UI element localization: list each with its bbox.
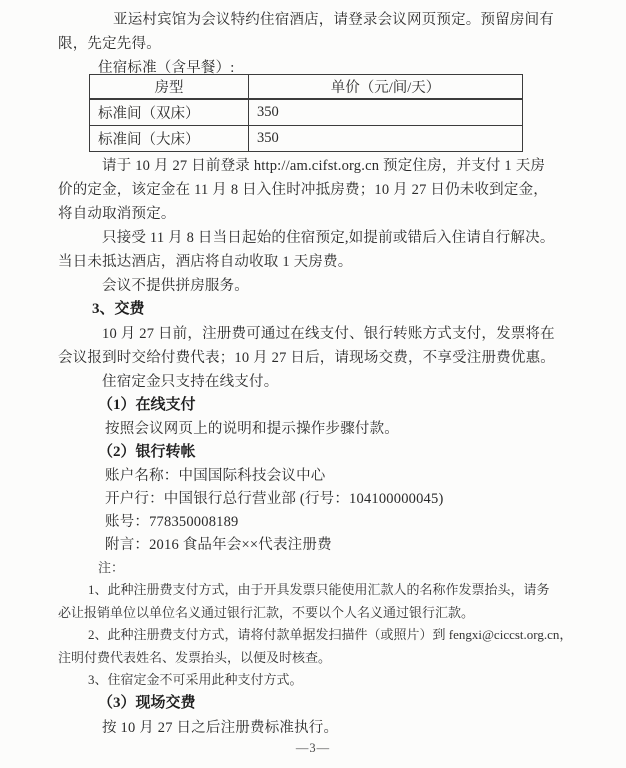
table-row: 标准间（大床） 350 — [90, 126, 523, 152]
deposit-online-only-line: 住宿定金只支持在线支付。 — [58, 370, 548, 394]
bank-account-name: 账户名称：中国国际科技会议中心 — [58, 465, 548, 488]
intro-line: 限，先定先得。 — [58, 32, 548, 56]
bank-memo: 附言：2016 食品年会××代表注册费 — [58, 534, 548, 557]
note-line: 必让报销单位以单位名义通过银行汇款，不要以个人名义通过银行汇款。 — [58, 602, 548, 625]
booking-line: 价的定金，该定金在 11 月 8 日入住时冲抵房费；10 月 27 日仍未收到定… — [58, 178, 548, 202]
price-cell: 350 — [249, 126, 523, 152]
online-payment-heading: （1）在线支付 — [58, 394, 548, 418]
page-number: —3— — [0, 741, 626, 756]
booking-line: 请于 10 月 27 日前登录 http://am.cifst.org.cn 预… — [58, 154, 548, 178]
payment-section-heading: 3、交费 — [58, 298, 548, 322]
intro-line: 亚运村宾馆为会议特约住宿酒店，请登录会议网页预定。预留房间有 — [58, 8, 548, 32]
note-line: 3、住宿定金不可采用此种支付方式。 — [58, 669, 548, 692]
bank-transfer-heading: （2）银行转帐 — [58, 441, 548, 465]
price-header: 单价（元/间/天） — [249, 75, 523, 100]
document-page: 亚运村宾馆为会议特约住宿酒店，请登录会议网页预定。预留房间有 限，先定先得。 住… — [0, 0, 626, 768]
bank-branch: 开户行：中国银行总行营业部 (行号：104100000045) — [58, 488, 548, 511]
table-header-row: 房型 单价（元/间/天） — [90, 75, 523, 100]
payment-overview-line: 10 月 27 日前，注册费可通过在线支付、银行转账方式支付，发票将在 — [58, 322, 548, 346]
price-cell: 350 — [249, 99, 523, 126]
booking-line: 将自动取消预定。 — [58, 202, 548, 226]
checkin-line: 只接受 11 月 8 日当日起始的住宿预定,如提前或错后入住请自行解决。 — [58, 226, 548, 250]
onsite-payment-heading: （3）现场交费 — [58, 692, 548, 716]
note-line: 1、此种注册费支付方式，由于开具发票只能使用汇款人的名称作发票抬头，请务 — [58, 579, 548, 602]
no-room-sharing-line: 会议不提供拼房服务。 — [58, 274, 548, 298]
online-payment-body: 按照会议网页上的说明和提示操作步骤付款。 — [58, 417, 548, 441]
bank-account-number: 账号：778350008189 — [58, 511, 548, 534]
note-line: 2、此种注册费支付方式，请将付款单据发扫描件（或照片）到 fengxi@cicc… — [58, 624, 548, 647]
payment-overview-line: 会议报到时交给付费代表；10 月 27 日后，请现场交费，不享受注册费优惠。 — [58, 346, 548, 370]
note-line: 注明付费代表姓名、发票抬头，以便及时核查。 — [58, 647, 548, 670]
room-type-cell: 标准间（大床） — [90, 126, 249, 152]
accommodation-rate-table: 房型 单价（元/间/天） 标准间（双床） 350 标准间（大床） 350 — [89, 74, 523, 152]
table-row: 标准间（双床） 350 — [90, 99, 523, 126]
room-type-cell: 标准间（双床） — [90, 99, 249, 126]
onsite-payment-body: 按 10 月 27 日之后注册费标准执行。 — [58, 716, 548, 740]
notes-label: 注： — [58, 557, 548, 580]
checkin-line: 当日未抵达酒店，酒店将自动收取 1 天房费。 — [58, 250, 548, 274]
